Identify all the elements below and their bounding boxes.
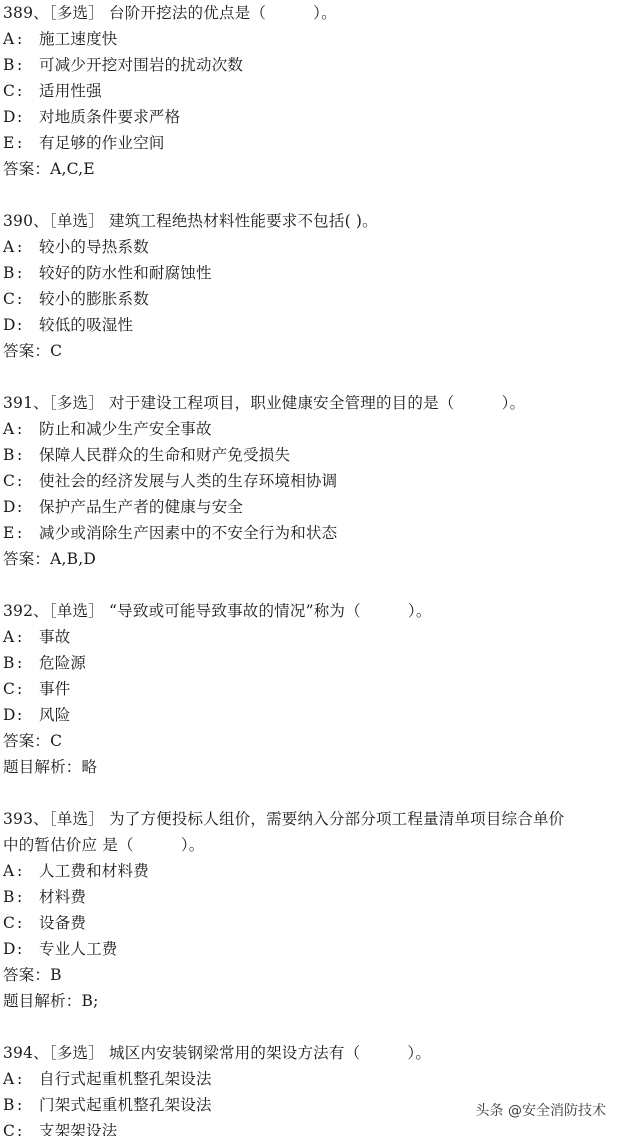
- question-stem: 391、［多选］ 对于建设工程项目，职业健康安全管理的目的是（ ）。: [3, 390, 615, 416]
- option-a: A:事故: [3, 624, 615, 650]
- option-b: B:保障人民群众的生命和财产免受损失: [3, 442, 615, 468]
- option-separator: :: [17, 702, 39, 728]
- option-separator: :: [17, 1118, 39, 1136]
- question-392: 392、［单选］ “导致或可能导致事故的情况”称为（ ）。 A:事故 B:危险源…: [3, 598, 615, 780]
- question-394: 394、［多选］ 城区内安装钢梁常用的架设方法有（ ）。 A:自行式起重机整孔架…: [3, 1040, 615, 1136]
- option-c: C:较小的膨胀系数: [3, 286, 615, 312]
- question-stem: 394、［多选］ 城区内安装钢梁常用的架设方法有（ ）。: [3, 1040, 615, 1066]
- option-b: B:危险源: [3, 650, 615, 676]
- spacer: [3, 780, 615, 806]
- option-separator: :: [17, 130, 39, 156]
- spacer: [3, 572, 615, 598]
- option-a: A:防止和减少生产安全事故: [3, 416, 615, 442]
- option-d: D:风险: [3, 702, 615, 728]
- option-separator: :: [17, 416, 39, 442]
- option-c: C:设备费: [3, 910, 615, 936]
- option-separator: :: [17, 260, 39, 286]
- option-separator: :: [17, 1066, 39, 1092]
- option-separator: :: [17, 494, 39, 520]
- option-separator: :: [17, 910, 39, 936]
- option-separator: :: [17, 312, 39, 338]
- option-d: D:较低的吸湿性: [3, 312, 615, 338]
- option-d: D:保护产品生产者的健康与安全: [3, 494, 615, 520]
- option-b: B:较好的防水性和耐腐蚀性: [3, 260, 615, 286]
- question-390: 390、［单选］ 建筑工程绝热材料性能要求不包括( )。 A:较小的导热系数 B…: [3, 208, 615, 364]
- option-separator: :: [17, 884, 39, 910]
- option-separator: :: [17, 650, 39, 676]
- answer: 答案：A,B,D: [3, 546, 615, 572]
- option-b: B:可减少开挖对围岩的扰动次数: [3, 52, 615, 78]
- option-separator: :: [17, 26, 39, 52]
- option-c: C:使社会的经济发展与人类的生存环境相协调: [3, 468, 615, 494]
- option-separator: :: [17, 104, 39, 130]
- question-393: 393、［单选］ 为了方便投标人组价，需要纳入分部分项工程量清单项目综合单价 中…: [3, 806, 615, 1014]
- option-separator: :: [17, 52, 39, 78]
- answer: 答案：B: [3, 962, 615, 988]
- watermark: 头条 @安全消防技术: [476, 1101, 606, 1121]
- option-separator: :: [17, 520, 39, 546]
- option-separator: :: [17, 1092, 39, 1118]
- question-stem-continued: 中的暂估价应 是（ ）。: [3, 832, 615, 858]
- analysis: 题目解析：B;: [3, 988, 615, 1014]
- option-separator: :: [17, 468, 39, 494]
- option-d: D:专业人工费: [3, 936, 615, 962]
- option-separator: :: [17, 624, 39, 650]
- question-stem: 390、［单选］ 建筑工程绝热材料性能要求不包括( )。: [3, 208, 615, 234]
- question-391: 391、［多选］ 对于建设工程项目，职业健康安全管理的目的是（ ）。 A:防止和…: [3, 390, 615, 572]
- question-stem: 392、［单选］ “导致或可能导致事故的情况”称为（ ）。: [3, 598, 615, 624]
- option-c: C:适用性强: [3, 78, 615, 104]
- option-c: C:事件: [3, 676, 615, 702]
- spacer: [3, 364, 615, 390]
- option-separator: :: [17, 234, 39, 260]
- option-a: A:较小的导热系数: [3, 234, 615, 260]
- question-389: 389、［多选］ 台阶开挖法的优点是（ ）。 A:施工速度快 B:可减少开挖对围…: [3, 0, 615, 182]
- option-separator: :: [17, 286, 39, 312]
- option-separator: :: [17, 78, 39, 104]
- option-separator: :: [17, 936, 39, 962]
- question-stem: 389、［多选］ 台阶开挖法的优点是（ ）。: [3, 0, 615, 26]
- question-stem: 393、［单选］ 为了方便投标人组价，需要纳入分部分项工程量清单项目综合单价: [3, 806, 615, 832]
- answer: 答案：C: [3, 338, 615, 364]
- option-separator: :: [17, 858, 39, 884]
- spacer: [3, 1014, 615, 1040]
- option-e: E:减少或消除生产因素中的不安全行为和状态: [3, 520, 615, 546]
- option-a: A:人工费和材料费: [3, 858, 615, 884]
- spacer: [3, 182, 615, 208]
- option-a: A:自行式起重机整孔架设法: [3, 1066, 615, 1092]
- answer: 答案：C: [3, 728, 615, 754]
- option-a: A:施工速度快: [3, 26, 615, 52]
- option-e: E:有足够的作业空间: [3, 130, 615, 156]
- question-document: 389、［多选］ 台阶开挖法的优点是（ ）。 A:施工速度快 B:可减少开挖对围…: [3, 0, 615, 1136]
- option-separator: :: [17, 676, 39, 702]
- analysis: 题目解析：略: [3, 754, 615, 780]
- option-separator: :: [17, 442, 39, 468]
- answer: 答案：A,C,E: [3, 156, 615, 182]
- option-b: B:材料费: [3, 884, 615, 910]
- option-d: D:对地质条件要求严格: [3, 104, 615, 130]
